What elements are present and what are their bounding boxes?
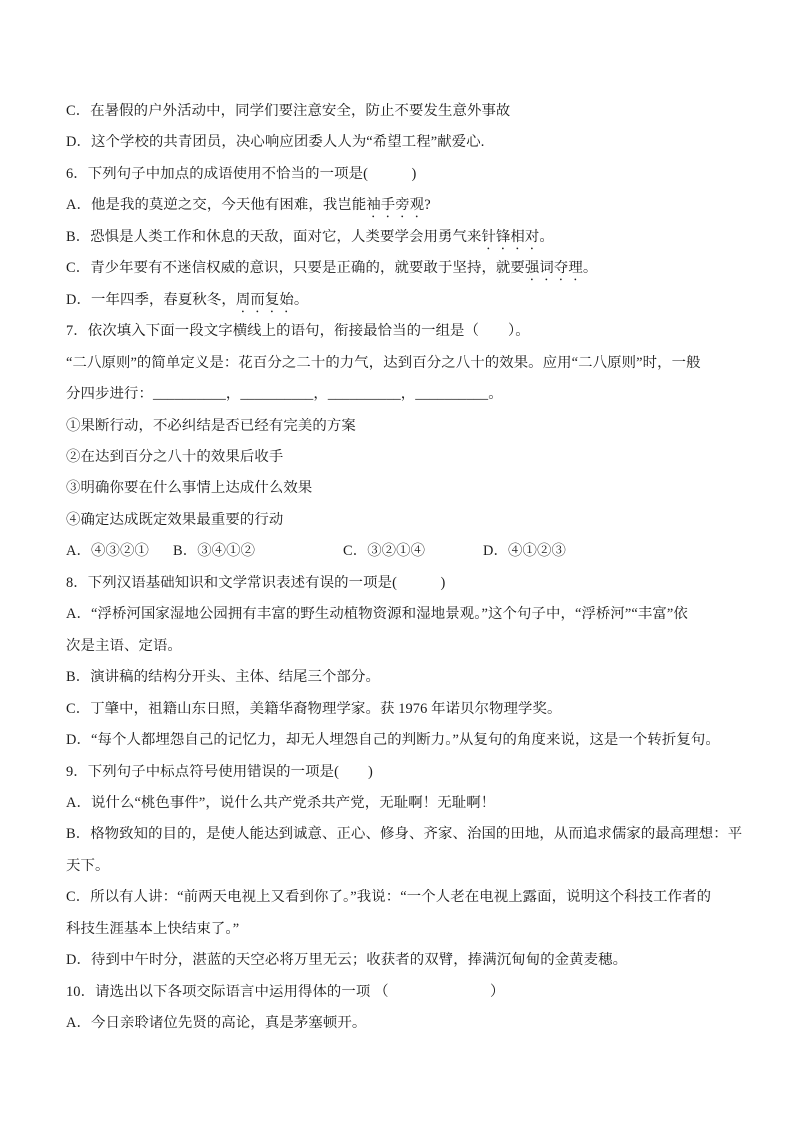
text-segment: “二八原则”的简单定义是：花百分之二十的力气，达到百分之八十的效果。应用“二八原… (66, 355, 701, 371)
q10-option-a: A．今日亲聆诸位先贤的高论，真是茅塞顿开。 (66, 1008, 743, 1039)
answer-option: C．③②①④ (343, 536, 483, 567)
text-segment: A．说什么“桃色事件”，说什么共产党杀共产党，无耻啊！无耻啊！ (66, 795, 495, 811)
text-segment: ④确定达成既定效果最重要的行动 (66, 512, 283, 528)
q5-option-c: C．在暑假的户外活动中，同学们要注意安全，防止不要发生意外事故 (66, 96, 743, 127)
q8-option-a-line1: A．“浮桥河国家湿地公园拥有丰富的野生动植物资源和湿地景观。”这个句子中，“浮桥… (66, 599, 743, 630)
text-segment: C．青少年要有不迷信权威的意识，只要是正确的，就要敢于坚持，就要 (66, 260, 525, 276)
q7-passage-line2: 分四步进行：__________，__________，__________，_… (66, 379, 743, 410)
text-segment: 次是主语、定语。 (66, 638, 182, 654)
q6-stem: 6．下列句子中加点的成语使用不恰当的一项是( ) (66, 159, 743, 190)
text-segment: 天下。 (66, 858, 109, 874)
q8-stem: 8．下列汉语基础知识和文学常识表述有误的一项是( ) (66, 568, 743, 599)
answer-option: D．④①②③ (483, 536, 566, 567)
q8-option-b: B．演讲稿的结构分开头、主体、结尾三个部分。 (66, 662, 743, 693)
exam-document-page: C．在暑假的户外活动中，同学们要注意安全，防止不要发生意外事故D．这个学校的共青… (0, 0, 793, 1122)
text-segment: ? (424, 197, 431, 213)
text-segment: 分四步进行：__________，__________，__________，_… (66, 386, 503, 402)
text-segment: B．格物致知的目的，是使人能达到诚意、正心、修身、齐家、治国的田地，从而追求儒家… (66, 826, 742, 842)
text-segment: 6．下列句子中加点的成语使用不恰当的一项是( ) (66, 166, 416, 182)
emphasized-idiom: 针锋相对 (481, 229, 539, 245)
q7-item-3: ③明确你要在什么事情上达成什么效果 (66, 473, 743, 504)
q8-option-d: D．“每个人都埋怨自己的记忆力，却无人埋怨自己的判断力。”从复句的角度来说，这是… (66, 725, 743, 756)
text-segment: A．“浮桥河国家湿地公园拥有丰富的野生动植物资源和湿地景观。”这个句子中，“浮桥… (66, 606, 688, 622)
q7-passage-line1: “二八原则”的简单定义是：花百分之二十的力气，达到百分之八十的效果。应用“二八原… (66, 348, 743, 379)
text-segment: 10．请选出以下各项交际语言中运用得体的一项 （ ） (66, 984, 505, 1000)
text-segment: 。 (583, 260, 598, 276)
answer-option: B．③④①② (173, 536, 343, 567)
emphasized-idiom: 袖手旁观 (366, 197, 424, 213)
q7-item-4: ④确定达成既定效果最重要的行动 (66, 505, 743, 536)
text-segment: C．在暑假的户外活动中，同学们要注意安全，防止不要发生意外事故 (66, 103, 510, 119)
text-segment: A．他是我的莫逆之交，今天他有困难，我岂能 (66, 197, 366, 213)
text-segment: ①果断行动，不必纠结是否已经有完美的方案 (66, 418, 356, 434)
q6-option-b: B．恐惧是人类工作和休息的天敌，面对它，人类要学会用勇气来针锋相对。 (66, 222, 743, 253)
q9-option-c-line1: C．所以有人讲：“前两天电视上又看到你了。”我说：“一个人老在电视上露面，说明这… (66, 882, 743, 913)
text-segment: ②在达到百分之八十的效果后收手 (66, 449, 283, 465)
q7-item-1: ①果断行动，不必纠结是否已经有完美的方案 (66, 411, 743, 442)
document-body: C．在暑假的户外活动中，同学们要注意安全，防止不要发生意外事故D．这个学校的共青… (66, 96, 743, 1040)
q7-item-2: ②在达到百分之八十的效果后收手 (66, 442, 743, 473)
text-segment: 。 (539, 229, 554, 245)
text-segment: C．丁肇中，祖籍山东日照，美籍华裔物理学家。获 1976 年诺贝尔物理学奖。 (66, 701, 562, 717)
q7-stem: 7．依次填入下面一段文字横线上的语句，衔接最恰当的一组是（ ）。 (66, 316, 743, 347)
q9-option-c-line2: 科技生涯基本上快结束了。” (66, 914, 743, 945)
answer-option: A．④③②① (66, 536, 173, 567)
q10-stem: 10．请选出以下各项交际语言中运用得体的一项 （ ） (66, 977, 743, 1008)
q6-option-c: C．青少年要有不迷信权威的意识，只要是正确的，就要敢于坚持，就要强词夺理。 (66, 253, 743, 284)
q9-stem: 9．下列句子中标点符号使用错误的一项是( ) (66, 757, 743, 788)
text-segment: 9．下列句子中标点符号使用错误的一项是( ) (66, 764, 373, 780)
text-segment: D．这个学校的共青团员，决心响应团委人人为“希望工程”献爱心. (66, 134, 484, 150)
text-segment: 7．依次填入下面一段文字横线上的语句，衔接最恰当的一组是（ ）。 (66, 323, 530, 339)
q5-option-d: D．这个学校的共青团员，决心响应团委人人为“希望工程”献爱心. (66, 127, 743, 158)
text-segment: ③明确你要在什么事情上达成什么效果 (66, 480, 312, 496)
q8-option-c: C．丁肇中，祖籍山东日照，美籍华裔物理学家。获 1976 年诺贝尔物理学奖。 (66, 694, 743, 725)
text-segment: B．恐惧是人类工作和休息的天敌，面对它，人类要学会用勇气来 (66, 229, 481, 245)
emphasized-idiom: 强词夺理 (525, 260, 583, 276)
q7-answer-row: A．④③②①B．③④①②C．③②①④D．④①②③ (66, 536, 743, 567)
text-segment: D．待到中午时分，湛蓝的天空必将万里无云；收获者的双臂，捧满沉甸甸的金黄麦穗。 (66, 952, 627, 968)
text-segment: 。 (294, 292, 309, 308)
q8-option-a-line2: 次是主语、定语。 (66, 631, 743, 662)
text-segment: 8．下列汉语基础知识和文学常识表述有误的一项是( ) (66, 575, 445, 591)
q6-option-d: D．一年四季，春夏秋冬，周而复始。 (66, 285, 743, 316)
q9-option-b-line1: B．格物致知的目的，是使人能达到诚意、正心、修身、齐家、治国的田地，从而追求儒家… (66, 819, 743, 850)
text-segment: A．今日亲聆诸位先贤的高论，真是茅塞顿开。 (66, 1015, 366, 1031)
text-segment: D．一年四季，春夏秋冬， (66, 292, 236, 308)
emphasized-idiom: 周而复始 (236, 292, 294, 308)
text-segment: 科技生涯基本上快结束了。” (66, 921, 239, 937)
q9-option-a: A．说什么“桃色事件”，说什么共产党杀共产党，无耻啊！无耻啊！ (66, 788, 743, 819)
text-segment: C．所以有人讲：“前两天电视上又看到你了。”我说：“一个人老在电视上露面，说明这… (66, 889, 711, 905)
q9-option-d: D．待到中午时分，湛蓝的天空必将万里无云；收获者的双臂，捧满沉甸甸的金黄麦穗。 (66, 945, 743, 976)
text-segment: D．“每个人都埋怨自己的记忆力，却无人埋怨自己的判断力。”从复句的角度来说，这是… (66, 732, 720, 748)
q6-option-a: A．他是我的莫逆之交，今天他有困难，我岂能袖手旁观? (66, 190, 743, 221)
q9-option-b-line2: 天下。 (66, 851, 743, 882)
text-segment: B．演讲稿的结构分开头、主体、结尾三个部分。 (66, 669, 380, 685)
